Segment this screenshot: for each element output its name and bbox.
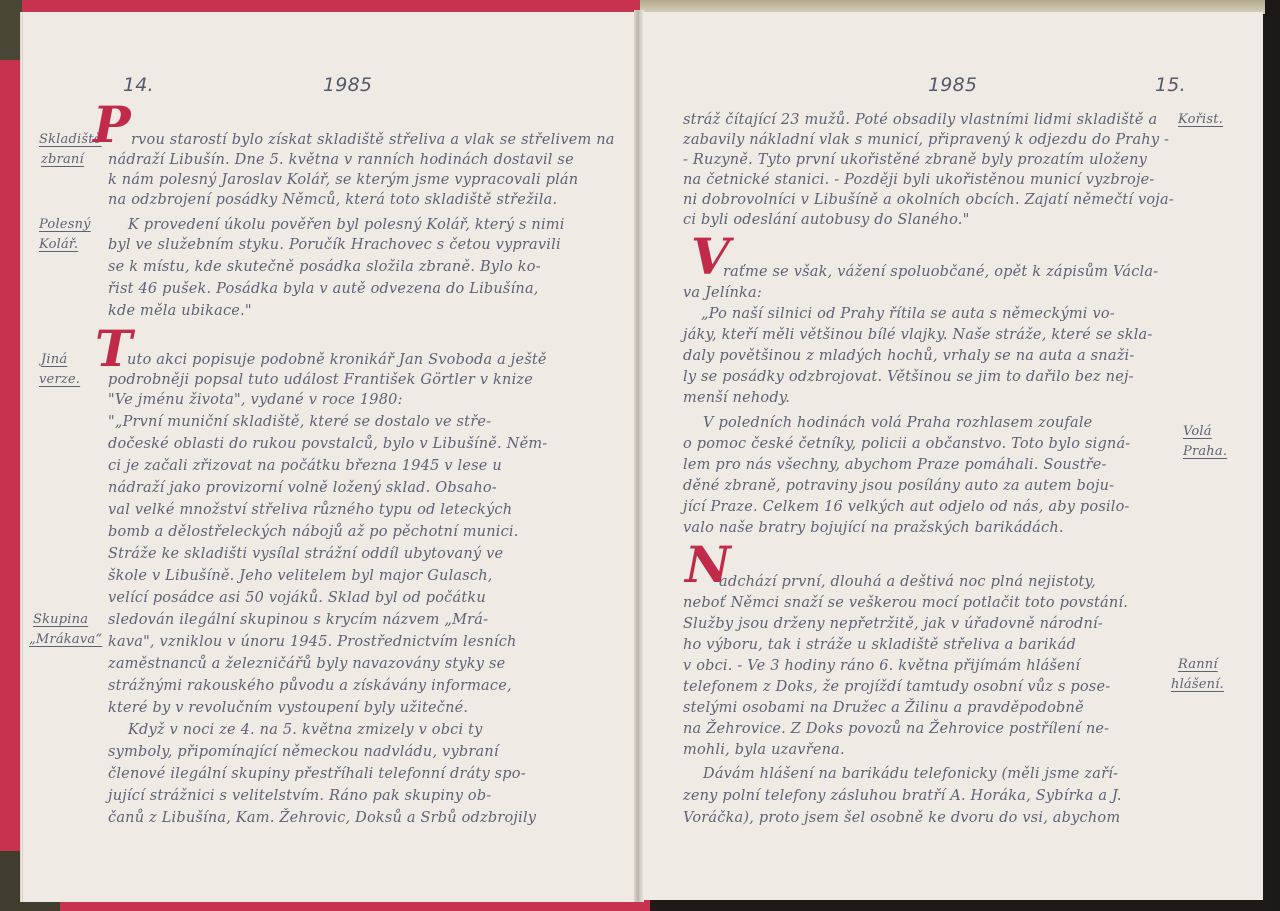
margin-note: Polesný — [39, 215, 91, 235]
text-line: „Po naší silnici od Prahy řítila se auta… — [701, 304, 1115, 324]
margin-note: verze. — [39, 370, 80, 390]
margin-note: Praha. — [1183, 442, 1227, 462]
margin-note: Ranní — [1178, 655, 1218, 675]
text-line: v obci. - Ve 3 hodiny ráno 6. května při… — [683, 656, 1080, 676]
page-number: 14. — [123, 74, 154, 96]
margin-note: hlášení. — [1171, 675, 1224, 695]
text-line: byl ve služebním styku. Poručík Hrachove… — [108, 235, 561, 255]
text-line: Voráčka), proto jsem šel osobně ke dvoru… — [683, 808, 1120, 828]
text-line: zeny polní telefony zásluhou bratří A. H… — [683, 786, 1122, 806]
margin-note: Jiná — [41, 350, 67, 370]
text-line: sledován ilegální skupinou s krycím názv… — [108, 610, 488, 630]
cover-corner-top-left — [0, 0, 22, 60]
text-line: zabavily nákladní vlak s municí, připrav… — [683, 130, 1169, 150]
text-line: lem pro nás všechny, abychom Praze pomáh… — [683, 455, 1107, 475]
text-line: zaměstnanců a železničářů byly navazován… — [108, 654, 505, 674]
text-line: symboly, připomínající německou nadvládu… — [108, 742, 499, 762]
text-line: se k místu, kde skutečně posádka složila… — [108, 257, 541, 277]
text-line: ly se posádky odzbrojovat. Většinou se j… — [683, 367, 1134, 387]
margin-note: Skupina — [33, 610, 88, 630]
text-line: ho výboru, tak i stráže u skladiště stře… — [683, 635, 1076, 655]
text-line: jící Praze. Celkem 16 velkých aut odjelo… — [683, 497, 1130, 517]
text-line: Služby jsou drženy nepřetržitě, jak v úř… — [683, 614, 1103, 634]
text-line: bomb a dělostřeleckých nábojů až po pěch… — [108, 522, 519, 542]
right-page: 1985 15. Kořist. Volá Praha. Ranní hláše… — [643, 12, 1263, 900]
text-line: rvou starostí bylo získat skladiště stře… — [131, 130, 615, 150]
text-line: řist 46 pušek. Posádka byla v autě odvez… — [108, 279, 539, 299]
text-line: na odzbrojení posádky Němců, která toto … — [108, 190, 557, 210]
page-number: 15. — [1155, 74, 1186, 96]
margin-note: Kolář. — [39, 235, 78, 255]
text-line: stelými osobami na Družec a Žilinu a pra… — [683, 698, 1084, 718]
text-line: va Jelínka: — [683, 283, 762, 303]
text-line: Když v noci ze 4. na 5. května zmizely v… — [128, 720, 483, 740]
left-page: 14. 1985 Skladiště zbraní Polesný Kolář.… — [20, 12, 638, 902]
text-line: strážnými rakouského původu a získávány … — [108, 676, 512, 696]
text-line: telefonem z Doks, že projíždí tamtudy os… — [683, 677, 1110, 697]
text-line: na četnické stanici. - Později byli ukoř… — [683, 170, 1155, 190]
text-line: nádraží jako provizorní volně ložený skl… — [108, 478, 497, 498]
text-line: uto akci popisuje podobně kronikář Jan S… — [127, 350, 547, 370]
margin-note: Kořist. — [1178, 110, 1223, 130]
text-line: ci je začali zřizovat na počátku března … — [108, 456, 502, 476]
text-line: adchází první, dlouhá a deštivá noc plná… — [719, 572, 1096, 592]
margin-note: Volá — [1183, 422, 1212, 442]
text-line: nádraží Libušín. Dne 5. května v ranních… — [108, 150, 574, 170]
text-line: daly povětšinou z mladých hochů, vrhaly … — [683, 346, 1134, 366]
text-line: stráž čítající 23 mužů. Poté obsadily vl… — [683, 110, 1157, 130]
text-line: V poledních hodinách volá Praha rozhlase… — [703, 413, 1092, 433]
text-line: škole v Libušíně. Jeho velitelem byl maj… — [108, 566, 493, 586]
text-line: Dávám hlášení na barikádu telefonicky (m… — [703, 764, 1118, 784]
decorated-initial: P — [93, 100, 131, 150]
text-line: K provedení úkolu pověřen byl polesný Ko… — [128, 215, 565, 235]
page-year: 1985 — [928, 74, 977, 96]
text-line: které by v revolučním vystoupení byly už… — [108, 698, 468, 718]
text-line: k nám polesný Jaroslav Kolář, se kterým … — [108, 170, 578, 190]
text-line: jující strážnici s velitelstvím. Ráno pa… — [108, 786, 491, 806]
margin-note: „Mrákava“ — [29, 630, 102, 650]
text-line: podrobněji popsal tuto událost František… — [108, 370, 533, 390]
text-line: dočeské oblasti do rukou povstalců, bylo… — [108, 434, 547, 454]
text-line: - Ruzyně. Tyto první ukořistěné zbraně b… — [683, 150, 1147, 170]
text-line: velící posádce asi 50 vojáků. Sklad byl … — [108, 588, 486, 608]
text-line: valo naše bratry bojující na pražských b… — [683, 518, 1064, 538]
text-line: členové ilegální skupiny přestříhali tel… — [108, 764, 526, 784]
margin-note: zbraní — [41, 150, 84, 170]
text-line: o pomoc české četníky, policii a občanst… — [683, 434, 1130, 454]
text-line: ni dobrovolníci v Libušíně a okolních ob… — [683, 190, 1174, 210]
text-line: "Ve jménu života", vydané v roce 1980: — [108, 390, 403, 410]
text-line: jáky, kteří měli většinou bílé vlajky. N… — [683, 325, 1152, 345]
text-line: val velké množství střeliva různého typu… — [108, 500, 512, 520]
book-cover-right — [1265, 0, 1280, 911]
text-line: kava", vzniklou v únoru 1945. Prostředni… — [108, 632, 517, 652]
text-line: "„První muniční skladiště, které se dost… — [108, 412, 491, 432]
text-line: mohli, byla uzavřena. — [683, 740, 845, 760]
text-line: Stráže ke skladišti vysílal strážní oddí… — [108, 544, 503, 564]
text-line: raťme se však, vážení spoluobčané, opět … — [723, 262, 1158, 282]
text-line: čanů z Libušína, Kam. Žehrovic, Doksů a … — [108, 808, 536, 828]
text-line: neboť Němci snaží se veškerou mocí potla… — [683, 593, 1128, 613]
page-year: 1985 — [323, 74, 372, 96]
text-line: menší nehody. — [683, 388, 790, 408]
text-line: děné zbraně, potraviny jsou posílány aut… — [683, 476, 1114, 496]
text-line: kde měla ubikace." — [108, 301, 252, 321]
text-line: na Žehrovice. Z Doks povozů na Žehrovice… — [683, 719, 1109, 739]
